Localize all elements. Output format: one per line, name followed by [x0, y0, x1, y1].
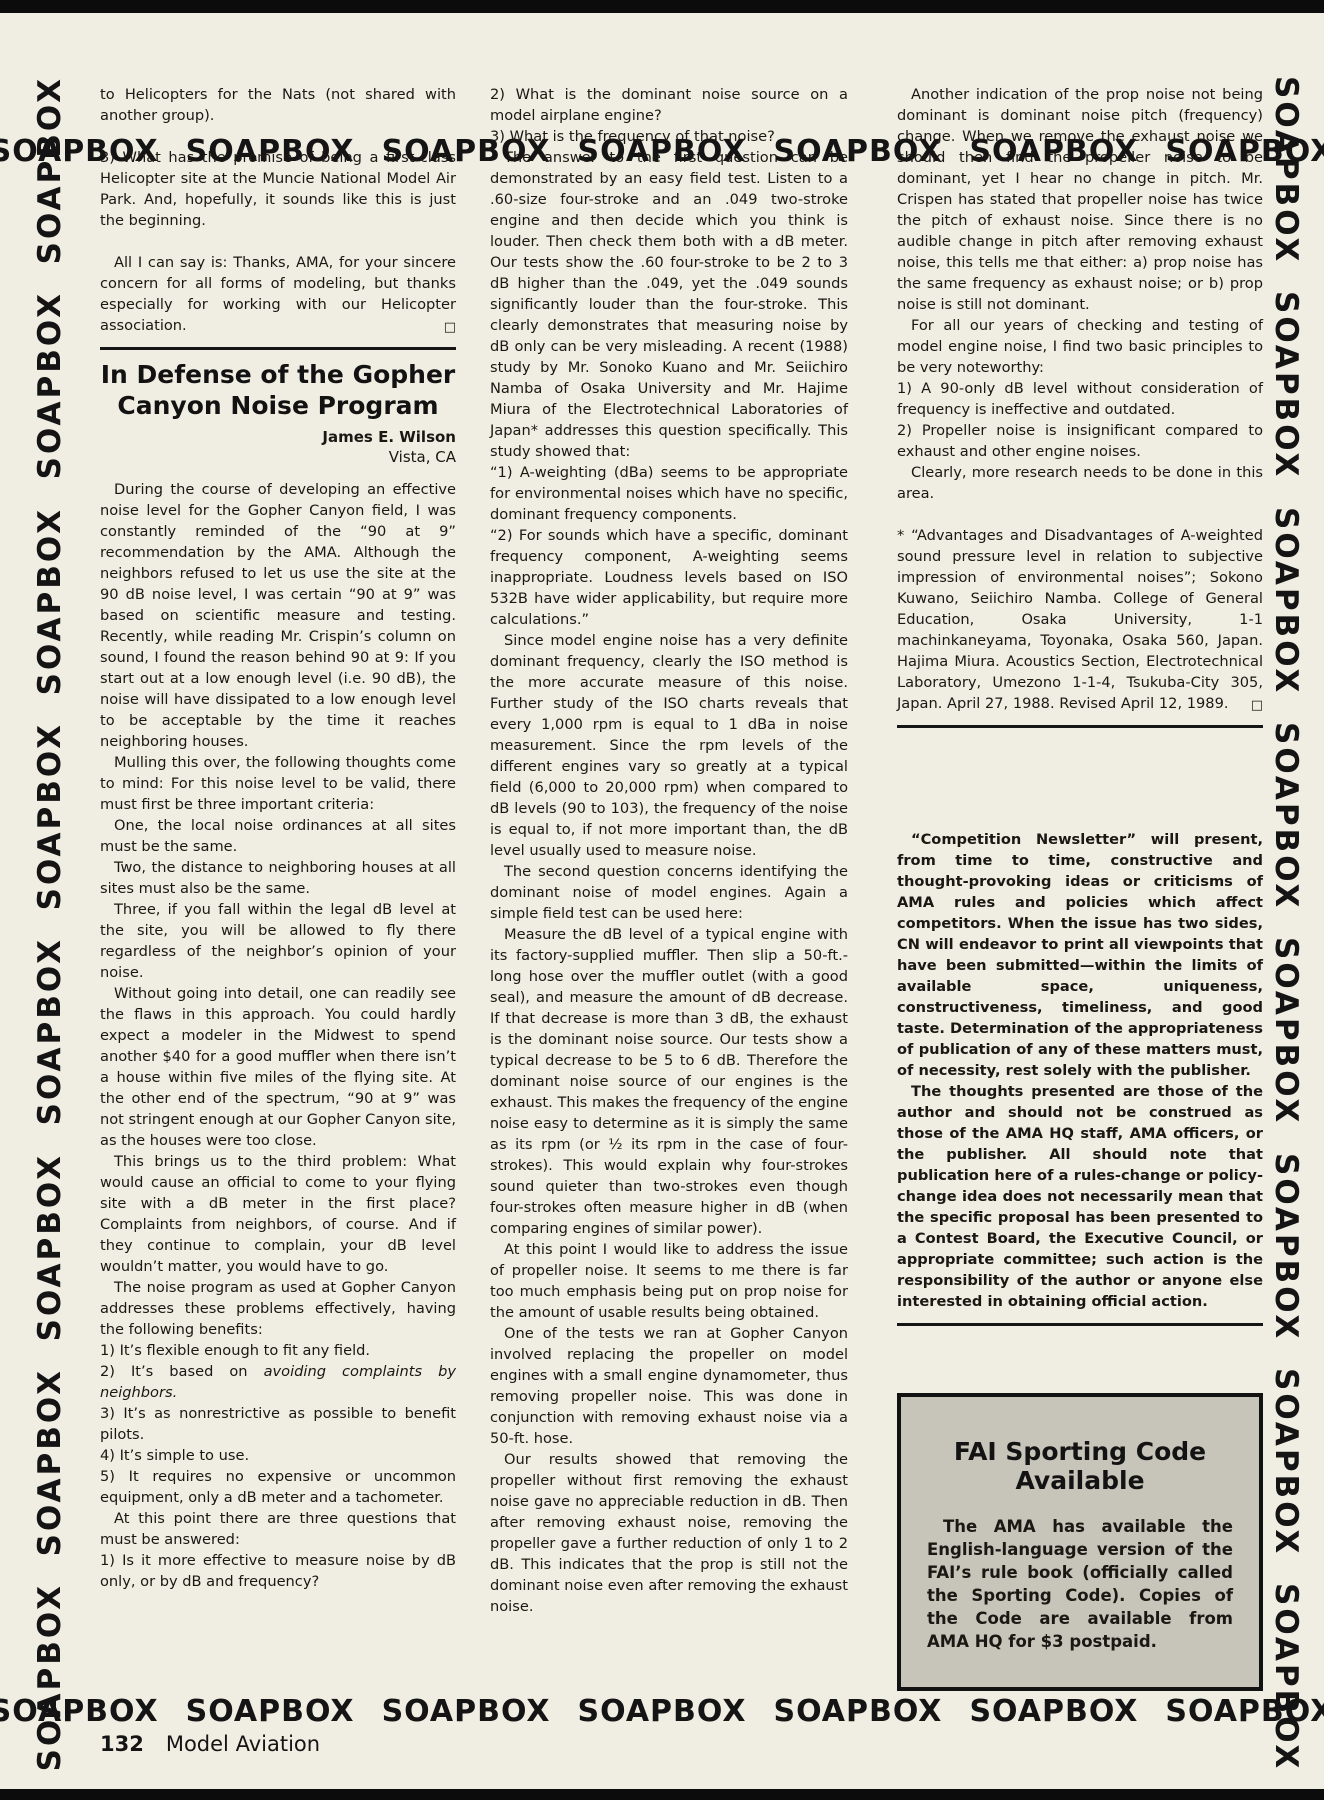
soapbox-word: SOAPBOX [32, 1583, 68, 1771]
byline: James E. WilsonVista, CA [100, 427, 456, 467]
soapbox-word: SOAPBOX [0, 1694, 159, 1729]
article-paragraph: 1) It’s flexible enough to fit any field… [100, 1340, 456, 1361]
article-paragraph: One, the local noise ordinances at all s… [100, 815, 456, 857]
article-paragraph: 4) It’s simple to use. [100, 1445, 456, 1466]
soapbox-word: SOAPBOX [32, 291, 68, 479]
soapbox-word: SOAPBOX [969, 1694, 1138, 1729]
article-paragraph: The answer to the first question can be … [490, 147, 848, 462]
article-paragraph: Our results showed that removing the pro… [490, 1449, 848, 1617]
soapbox-rail-left: SOAPBOXSOAPBOXSOAPBOXSOAPBOXSOAPBOXSOAPB… [32, 76, 68, 1772]
section-rule [897, 1323, 1263, 1326]
article-paragraph: At this point I would like to address th… [490, 1239, 848, 1323]
article-paragraph: For all our years of checking and testin… [897, 315, 1263, 378]
soapbox-word: SOAPBOX [1268, 1153, 1304, 1341]
article-paragraph: Another indication of the prop noise not… [897, 84, 1263, 315]
spacer [897, 1335, 1263, 1393]
soapbox-word: SOAPBOX [773, 1694, 942, 1729]
soapbox-word: SOAPBOX [186, 1694, 355, 1729]
soapbox-word: SOAPBOX [32, 937, 68, 1125]
article-paragraph: 3) What is the frequency of that noise? [490, 126, 848, 147]
article-paragraph: At this point there are three questions … [100, 1508, 456, 1550]
article-paragraph: to Helicopters for the Nats (not shared … [100, 84, 456, 126]
article-paragraph: 1) Is it more effective to measure noise… [100, 1550, 456, 1592]
spacer [897, 737, 1263, 829]
article-paragraph: Two, the distance to neighboring houses … [100, 857, 456, 899]
magazine-name: Model Aviation [166, 1732, 320, 1756]
article-title: In Defense of the Gopher Canyon Noise Pr… [100, 359, 456, 421]
soapbox-word: SOAPBOX [1268, 1583, 1304, 1771]
top-rule-bar [0, 0, 1324, 13]
soapbox-word: SOAPBOX [1268, 937, 1304, 1125]
soapbox-word: SOAPBOX [1268, 76, 1304, 264]
page-number: 132 [100, 1732, 144, 1756]
byline-location: Vista, CA [100, 447, 456, 467]
soapbox-word: SOAPBOX [1268, 291, 1304, 479]
article-paragraph: “1) A-weighting (dBa) seems to be approp… [490, 462, 848, 525]
article-paragraph: 2) Propeller noise is insignificant comp… [897, 420, 1263, 462]
article-paragraph: 2) It’s based on avoiding complaints by … [100, 1361, 456, 1403]
fai-sporting-code-box: FAI Sporting Code AvailableThe AMA has a… [897, 1393, 1263, 1691]
article-paragraph: During the course of developing an effec… [100, 479, 456, 752]
article-paragraph: 3) What has the promise of being a first… [100, 147, 456, 231]
page-footer: 132Model Aviation [100, 1732, 320, 1756]
article-paragraph: All I can say is: Thanks, AMA, for your … [100, 252, 456, 336]
article-paragraph: 3) It’s as nonrestrictive as possible to… [100, 1403, 456, 1445]
fai-box-title: FAI Sporting Code Available [927, 1437, 1233, 1495]
soapbox-word: SOAPBOX [32, 1153, 68, 1341]
article-paragraph: The noise program as used at Gopher Cany… [100, 1277, 456, 1340]
article-paragraph: Without going into detail, one can readi… [100, 983, 456, 1151]
column-1: to Helicopters for the Nats (not shared … [100, 84, 456, 1592]
soapbox-word: SOAPBOX [578, 1694, 747, 1729]
soapbox-word: SOAPBOX [1268, 722, 1304, 910]
article-paragraph: * “Advantages and Disadvantages of A-wei… [897, 525, 1263, 714]
column-2: 2) What is the dominant noise source on … [490, 84, 848, 1617]
soapbox-word: SOAPBOX [382, 1694, 551, 1729]
article-paragraph: Since model engine noise has a very defi… [490, 630, 848, 861]
column-3: Another indication of the prop noise not… [897, 84, 1263, 1691]
article-paragraph: Clearly, more research needs to be done … [897, 462, 1263, 504]
soapbox-rail-right: SOAPBOXSOAPBOXSOAPBOXSOAPBOXSOAPBOXSOAPB… [1268, 76, 1304, 1772]
soapbox-word: SOAPBOX [32, 1368, 68, 1556]
soapbox-word: SOAPBOX [32, 76, 68, 264]
section-rule [897, 725, 1263, 728]
article-paragraph: This brings us to the third problem: Wha… [100, 1151, 456, 1277]
soapbox-banner-bottom: SOAPBOXSOAPBOXSOAPBOXSOAPBOXSOAPBOXSOAPB… [0, 1694, 1324, 1729]
text-run: 2) It’s based on [100, 1363, 264, 1380]
article-paragraph: The thoughts presented are those of the … [897, 1081, 1263, 1312]
article-paragraph: 1) A 90-only dB level without considerat… [897, 378, 1263, 420]
soapbox-word: SOAPBOX [32, 722, 68, 910]
end-of-article-mark: □ [1251, 699, 1263, 712]
bottom-rule-bar [0, 1789, 1324, 1800]
end-of-article-mark: □ [430, 321, 456, 334]
article-paragraph: One of the tests we ran at Gopher Canyon… [490, 1323, 848, 1449]
article-paragraph: 5) It requires no expensive or uncommon … [100, 1466, 456, 1508]
soapbox-word: SOAPBOX [1268, 507, 1304, 695]
article-paragraph: Three, if you fall within the legal dB l… [100, 899, 456, 983]
magazine-page: SOAPBOXSOAPBOXSOAPBOXSOAPBOXSOAPBOXSOAPB… [0, 0, 1324, 1800]
article-paragraph: “2) For sounds which have a specific, do… [490, 525, 848, 630]
soapbox-word: SOAPBOX [1268, 1368, 1304, 1556]
section-rule [100, 347, 456, 350]
soapbox-word: SOAPBOX [32, 507, 68, 695]
byline-author: James E. Wilson [100, 427, 456, 447]
article-paragraph: 2) What is the dominant noise source on … [490, 84, 848, 126]
article-paragraph: The second question concerns identifying… [490, 861, 848, 924]
article-paragraph: Mulling this over, the following thought… [100, 752, 456, 815]
article-paragraph: Measure the dB level of a typical engine… [490, 924, 848, 1239]
article-paragraph: “Competition Newsletter” will present, f… [897, 829, 1263, 1081]
fai-box-body: The AMA has available the English-langua… [927, 1515, 1233, 1653]
